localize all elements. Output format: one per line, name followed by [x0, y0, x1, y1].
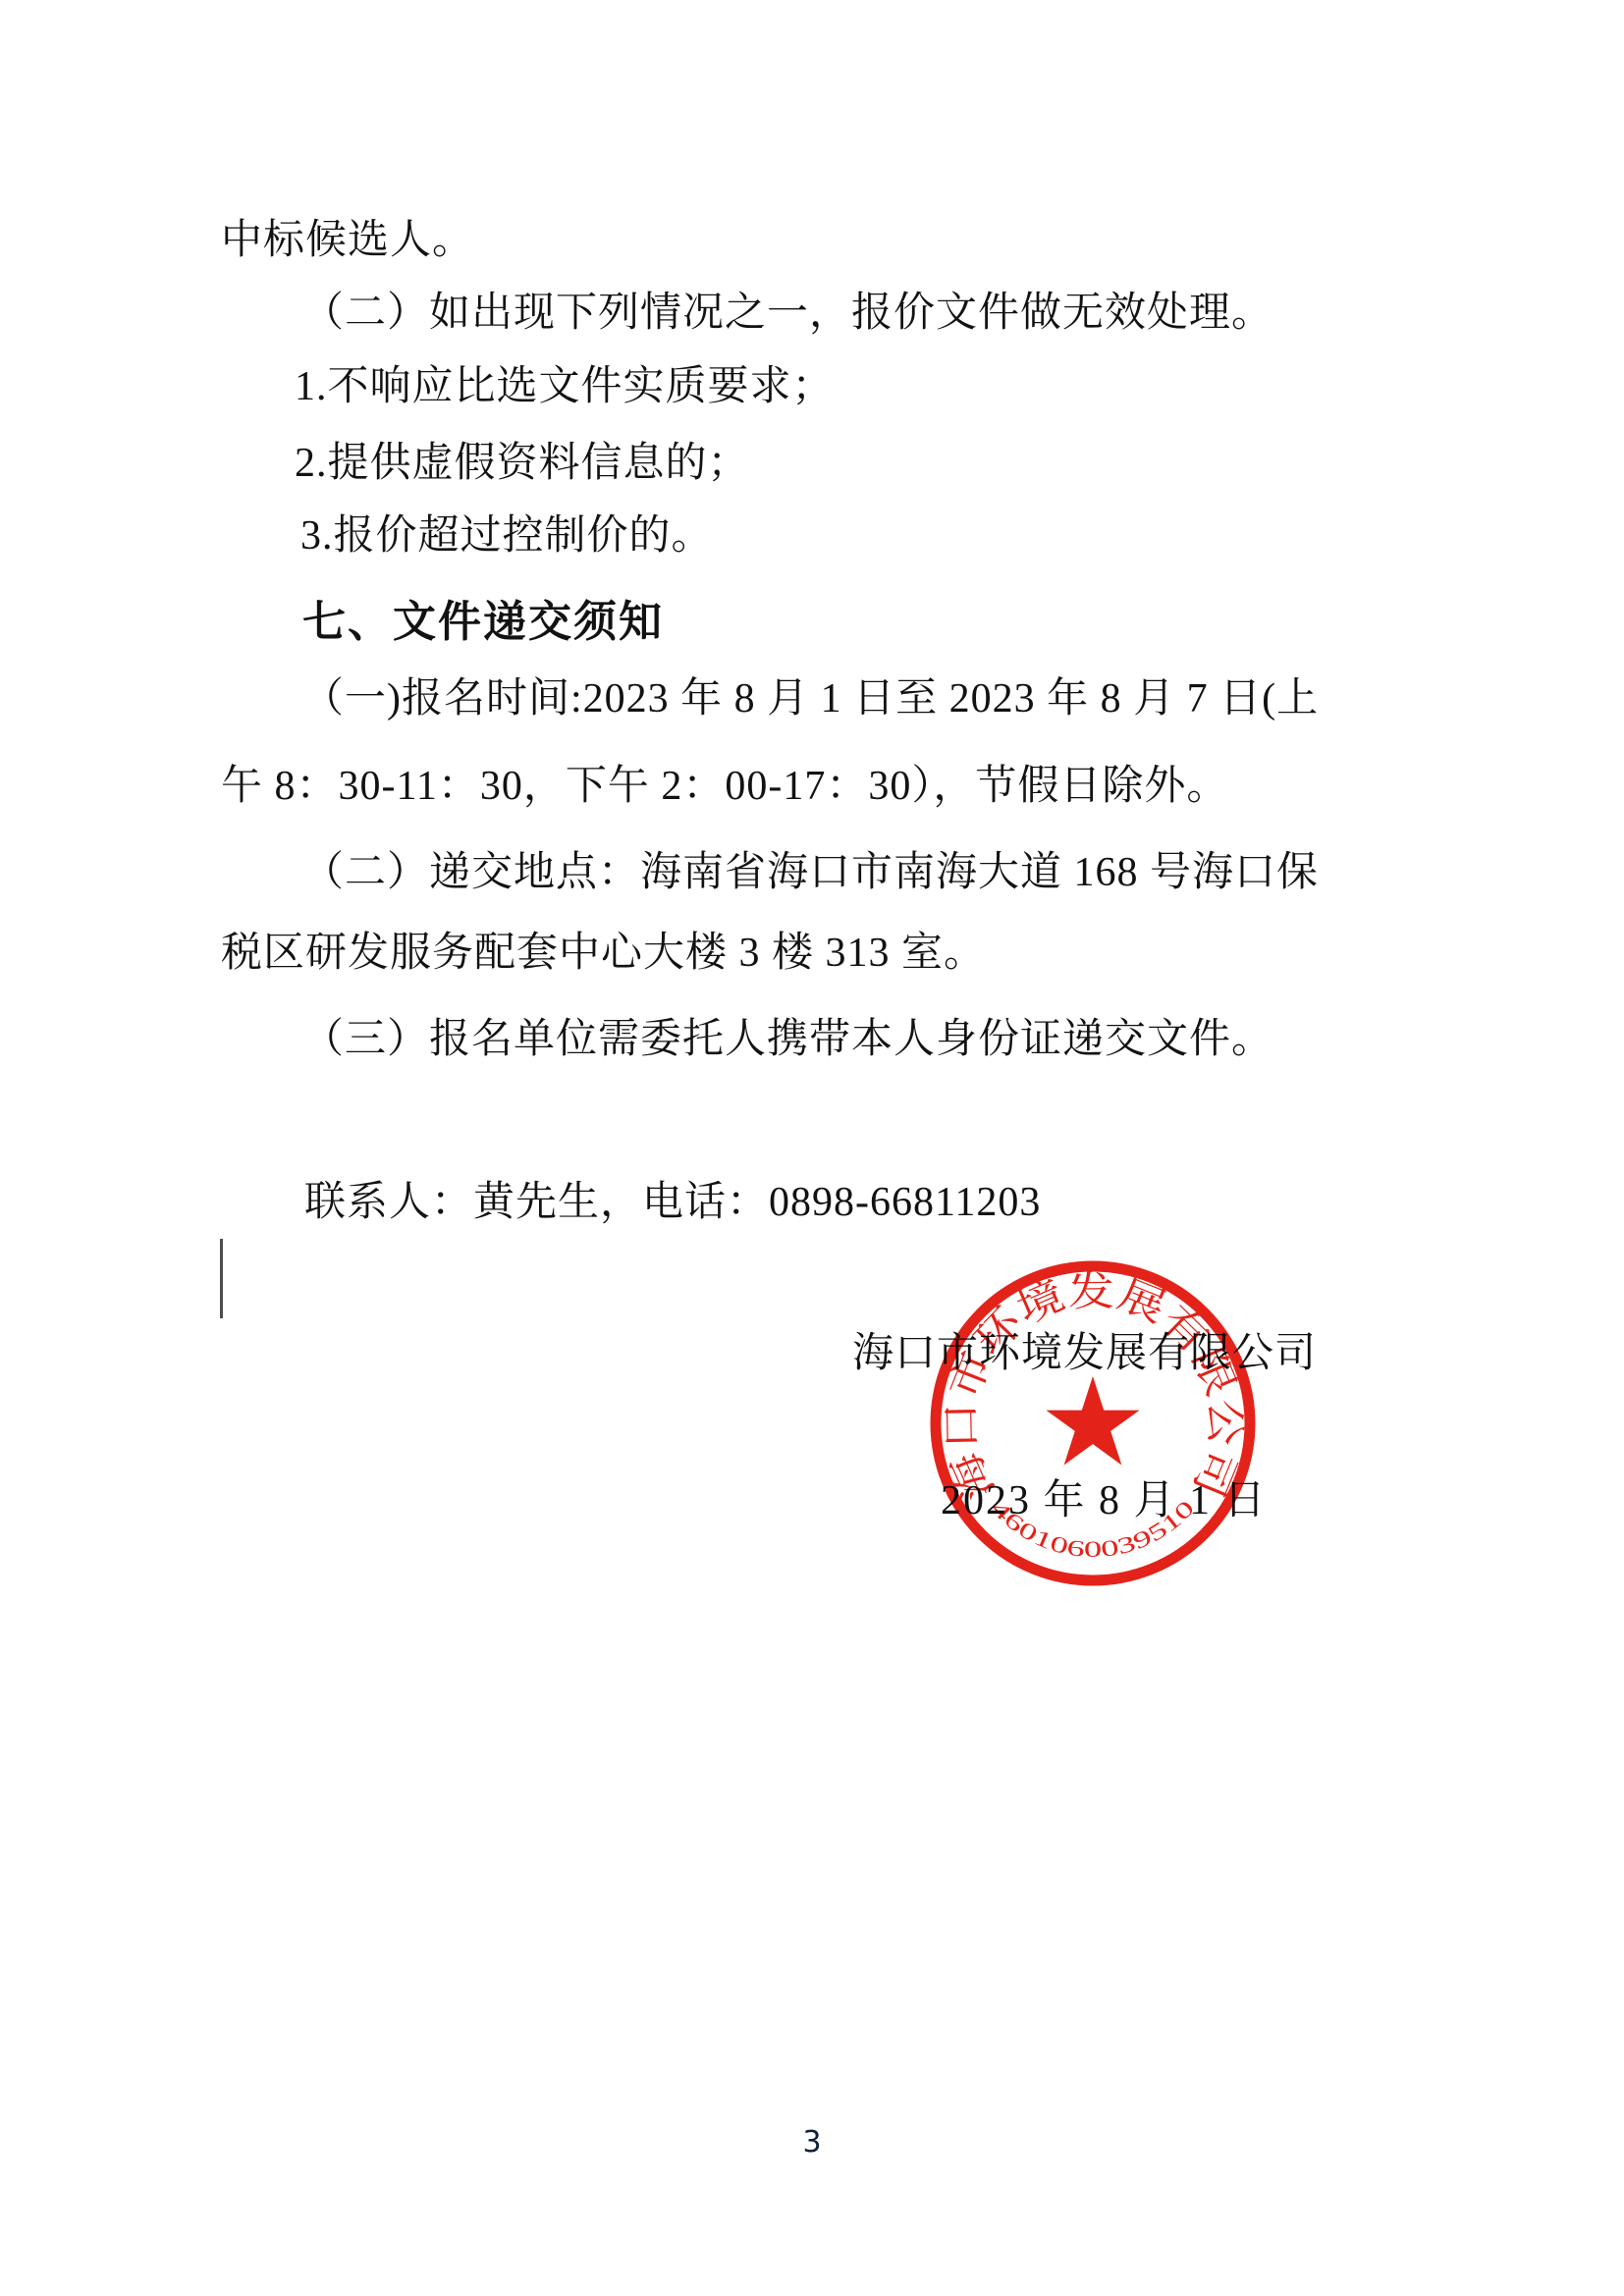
seal-serial-number: 4601060039510 [987, 1495, 1200, 1562]
document-page: 中标候选人。 （二）如出现下列情况之一，报价文件做无效处理。 1.不响应比选文件… [0, 0, 1624, 2296]
page-number: 3 [0, 2125, 1624, 2160]
company-seal-stamp-icon: 海口市环境发展有限公司 4601060039510 [918, 1249, 1268, 1598]
paragraph-line: 午 8：30-11：30，下午 2：00-17：30），节假日除外。 [221, 764, 1228, 809]
paragraph-line: （二）递交地点：海南省海口市南海大道 168 号海口保 [302, 850, 1319, 895]
margin-revision-mark [220, 1239, 223, 1318]
paragraph-line: （一)报名时间:2023 年 8 月 1 日至 2023 年 8 月 7 日(上 [302, 676, 1319, 721]
list-item: 1.不响应比选文件实质要求； [295, 364, 835, 409]
paragraph-line: （三）报名单位需委托人携带本人身份证递交文件。 [302, 1017, 1273, 1062]
paragraph-line: 税区研发服务配套中心大楼 3 楼 313 室。 [221, 931, 986, 976]
contact-line: 联系人：黄先生，电话：0898-66811203 [304, 1180, 1041, 1225]
list-item: 3.报价超过控制价的。 [300, 513, 714, 559]
list-item: 2.提供虚假资料信息的； [295, 441, 750, 486]
paragraph-line: 中标候选人。 [221, 218, 474, 263]
section-heading: 七、文件递交须知 [302, 599, 664, 646]
seal-star-icon [1046, 1376, 1139, 1466]
paragraph-line: （二）如出现下列情况之一，报价文件做无效处理。 [302, 291, 1273, 336]
